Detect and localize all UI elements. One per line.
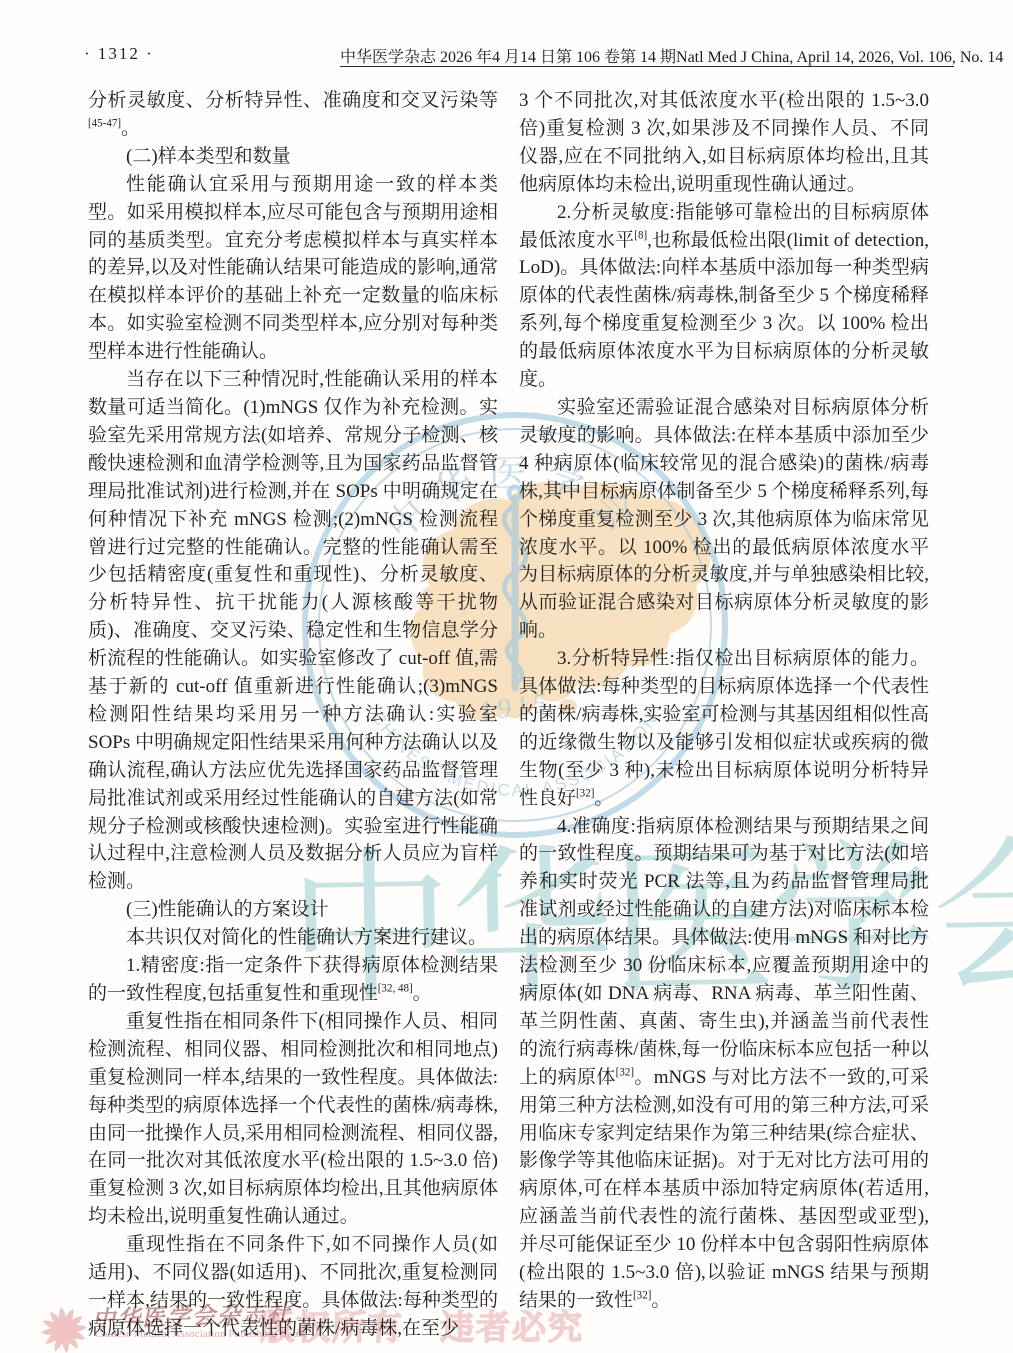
paragraph: (三)性能确认的方案设计 bbox=[88, 896, 498, 924]
paragraph: 3 个不同批次,对其低浓度水平(检出限的 1.5~3.0 倍)重复检测 3 次,… bbox=[519, 87, 929, 199]
paragraph: 性能确认宜采用与预期用途一致的样本类型。如采用模拟样本,应尽可能包含与预期用途相… bbox=[88, 171, 498, 366]
page-number: · 1312 · bbox=[84, 44, 154, 64]
paragraph: 1.精密度:指一定条件下获得病原体检测结果的一致性程度,包括重复性和重现性[32… bbox=[88, 952, 498, 1008]
paragraph: 2.分析灵敏度:指能够可靠检出的目标病原体最低浓度水平[8],也称最低检出限(l… bbox=[519, 199, 929, 394]
reference-superscript: [32] bbox=[633, 1290, 651, 1302]
paragraph: 当存在以下三种情况时,性能确认采用的样本数量可适当简化。(1)mNGS 仅作为补… bbox=[88, 366, 498, 896]
paragraph: 3.分析特异性:指仅检出目标病原体的能力。具体做法:每种类型的目标病原体选择一个… bbox=[519, 645, 929, 812]
paragraph: 4.准确度:指病原体检测结果与预期结果之间的一致性程度。预期结果可为基于对比方法… bbox=[519, 813, 929, 1315]
reference-superscript: [8] bbox=[634, 229, 647, 241]
reference-superscript: [32] bbox=[576, 787, 594, 799]
paragraph: 分析灵敏度、分析特异性、准确度和交叉污染等[45-47]。 bbox=[88, 87, 498, 143]
journal-page: 中华医学会 CHINESE MEDICAL ASSOCIATION 1915 中… bbox=[0, 0, 1013, 1353]
reference-superscript: [45-47] bbox=[88, 118, 121, 130]
right-column: 3 个不同批次,对其低浓度水平(检出限的 1.5~3.0 倍)重复检测 3 次,… bbox=[519, 87, 929, 1315]
reference-superscript: [32, 48] bbox=[378, 983, 413, 995]
left-column: 分析灵敏度、分析特异性、准确度和交叉污染等[45-47]。(二)样本类型和数量性… bbox=[88, 87, 498, 1343]
paragraph: (二)样本类型和数量 bbox=[88, 143, 498, 171]
paragraph: 本共识仅对简化的性能确认方案进行建议。 bbox=[88, 924, 498, 952]
publisher-flower-icon bbox=[40, 1306, 88, 1353]
paragraph: 实验室还需验证混合感染对目标病原体分析灵敏度的影响。具体做法:在样本基质中添加至… bbox=[519, 394, 929, 645]
header-rule bbox=[340, 66, 954, 67]
paragraph: 重现性指在不同条件下,如不同操作人员(如适用)、不同仪器(如适用)、不同批次,重… bbox=[88, 1231, 498, 1343]
journal-title-en: Natl Med J China, April 14, 2026, Vol. 1… bbox=[676, 49, 1003, 67]
paragraph: 重复性指在相同条件下(相同操作人员、相同检测流程、相同仪器、相同检测批次和相同地… bbox=[88, 1008, 498, 1231]
journal-header: 中华医学杂志 2026 年4 月14 日第 106 卷第 14 期 Natl M… bbox=[340, 44, 954, 67]
reference-superscript: [32] bbox=[616, 1066, 634, 1078]
journal-title-cn: 中华医学杂志 2026 年4 月14 日第 106 卷第 14 期 bbox=[340, 44, 676, 67]
flower-petals bbox=[41, 1307, 87, 1353]
